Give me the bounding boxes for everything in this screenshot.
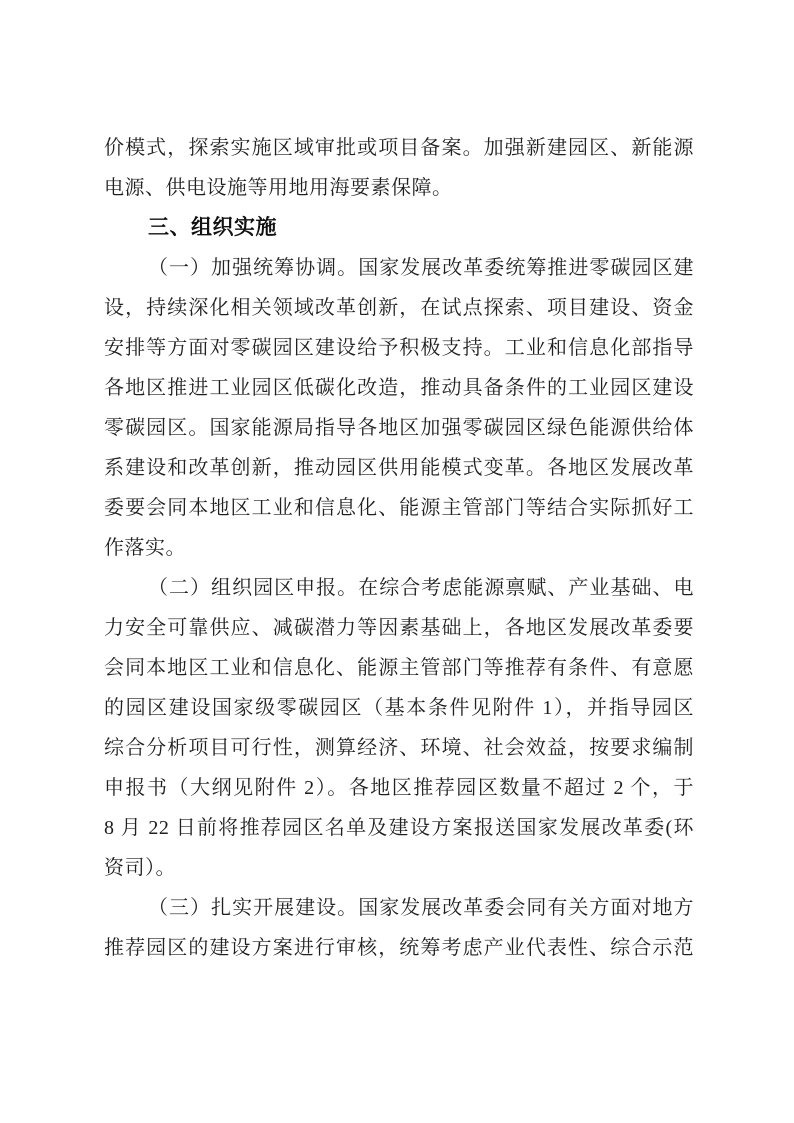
paragraph-continued-from-previous-page-line-2: 电源、供电设施等用地用海要素保障。 (104, 168, 694, 208)
paragraph-item-2-line-4: 的园区建设国家级零碳园区（基本条件见附件 1），并指导园区 (104, 688, 694, 728)
paragraph-item-1-line-7: 委要会同本地区工业和信息化、能源主管部门等结合实际抓好工 (104, 488, 694, 528)
paragraph-continued-from-previous-page-line-1: 价模式，探索实施区域审批或项目备案。加强新建园区、新能源 (104, 128, 694, 168)
paragraph-item-2-line-8: 资司）。 (104, 848, 694, 888)
paragraph-item-2-line-7: 8 月 22 日前将推荐园区名单及建设方案报送国家发展改革委(环 (104, 808, 694, 848)
paragraph-item-1-line-5: 零碳园区。国家能源局指导各地区加强零碳园区绿色能源供给体 (104, 408, 694, 448)
paragraph-item-1: （一）加强统筹协调。国家发展改革委统筹推进零碳园区建设，持续深化相关领域改革创新… (104, 248, 694, 568)
paragraph-item-2: （二）组织园区申报。在综合考虑能源禀赋、产业基础、电力安全可靠供应、减碳潜力等因… (104, 568, 694, 888)
document-page: 价模式，探索实施区域审批或项目备案。加强新建园区、新能源电源、供电设施等用地用海… (0, 0, 794, 1123)
section-heading: 三、组织实施 (104, 208, 694, 248)
paragraph-item-1-line-3: 安排等方面对零碳园区建设给予积极支持。工业和信息化部指导 (104, 328, 694, 368)
paragraph-item-2-line-1: （二）组织园区申报。在综合考虑能源禀赋、产业基础、电 (104, 568, 694, 608)
paragraph-item-1-line-4: 各地区推进工业园区低碳化改造，推动具备条件的工业园区建设 (104, 368, 694, 408)
section-heading-line-1: 三、组织实施 (104, 208, 694, 248)
paragraph-item-2-line-3: 会同本地区工业和信息化、能源主管部门等推荐有条件、有意愿 (104, 648, 694, 688)
paragraph-item-2-line-2: 力安全可靠供应、减碳潜力等因素基础上，各地区发展改革委要 (104, 608, 694, 648)
paragraph-item-1-line-8: 作落实。 (104, 528, 694, 568)
paragraph-continued-from-previous-page: 价模式，探索实施区域审批或项目备案。加强新建园区、新能源电源、供电设施等用地用海… (104, 128, 694, 208)
paragraph-item-2-line-6: 申报书（大纲见附件 2）。各地区推荐园区数量不超过 2 个，于 (104, 768, 694, 808)
paragraph-item-3: （三）扎实开展建设。国家发展改革委会同有关方面对地方推荐园区的建设方案进行审核，… (104, 888, 694, 968)
paragraph-item-1-line-2: 设，持续深化相关领域改革创新，在试点探索、项目建设、资金 (104, 288, 694, 328)
paragraph-item-1-line-6: 系建设和改革创新，推动园区供用能模式变革。各地区发展改革 (104, 448, 694, 488)
paragraph-item-3-line-2: 推荐园区的建设方案进行审核，统筹考虑产业代表性、综合示范 (104, 928, 694, 968)
document-text-block: 价模式，探索实施区域审批或项目备案。加强新建园区、新能源电源、供电设施等用地用海… (104, 128, 694, 968)
paragraph-item-2-line-5: 综合分析项目可行性，测算经济、环境、社会效益，按要求编制 (104, 728, 694, 768)
paragraph-item-3-line-1: （三）扎实开展建设。国家发展改革委会同有关方面对地方 (104, 888, 694, 928)
paragraph-item-1-line-1: （一）加强统筹协调。国家发展改革委统筹推进零碳园区建 (104, 248, 694, 288)
